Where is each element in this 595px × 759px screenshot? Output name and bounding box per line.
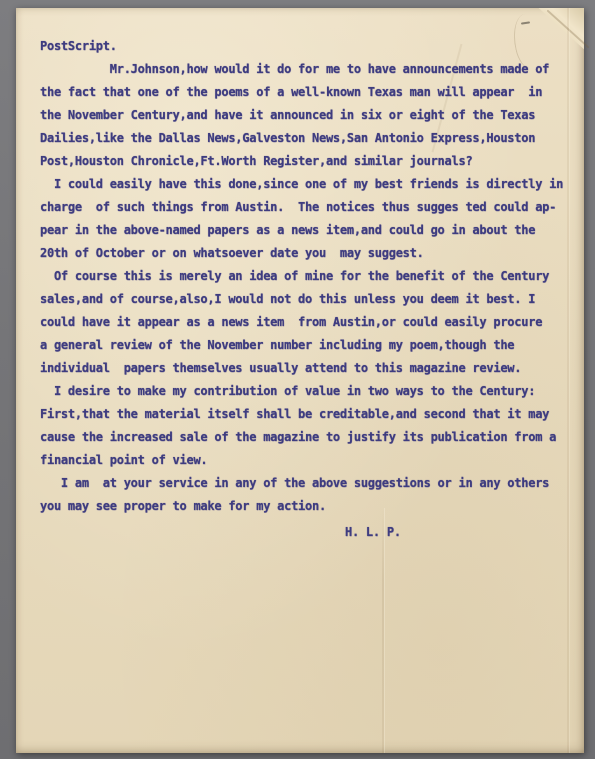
typed-line: cause the increased sale of the magazine… (40, 426, 580, 449)
letter-body: PostScript. Mr.Johnson,how would it do f… (40, 35, 580, 544)
typed-line: I could easily have this done,since one … (40, 173, 580, 196)
typed-line: charge of such things from Austin. The n… (40, 196, 580, 219)
typed-line: I desire to make my contribution of valu… (40, 380, 580, 403)
paper-crease (382, 508, 384, 753)
typed-line: Mr.Johnson,how would it do for me to hav… (40, 58, 580, 81)
postscript-heading: PostScript. (40, 35, 580, 58)
typed-line: First,that the material itself shall be … (40, 403, 580, 426)
typed-line: I am at your service in any of the above… (40, 472, 580, 495)
typed-line: you may see proper to make for my action… (40, 495, 580, 518)
letter-page: PostScript. Mr.Johnson,how would it do f… (16, 8, 584, 753)
typed-line: Dailies,like the Dallas News,Galveston N… (40, 127, 580, 150)
typed-line: could have it appear as a news item from… (40, 311, 580, 334)
typed-line: the fact that one of the poems of a well… (40, 81, 580, 104)
typed-line: Of course this is merely an idea of mine… (40, 265, 580, 288)
typed-line: sales,and of course,also,I would not do … (40, 288, 580, 311)
typed-line: financial point of view. (40, 449, 580, 472)
signature-initials: H. L. P. (40, 521, 580, 544)
typed-line: Post,Houston Chronicle,Ft.Worth Register… (40, 150, 580, 173)
scan-background: PostScript. Mr.Johnson,how would it do f… (0, 0, 595, 759)
typed-line: 20th of October or on whatsoever date yo… (40, 242, 580, 265)
typed-line: the November Century,and have it announc… (40, 104, 580, 127)
typed-line: a general review of the November number … (40, 334, 580, 357)
typed-line: individual papers themselves usually att… (40, 357, 580, 380)
typed-line: pear in the above-named papers as a news… (40, 219, 580, 242)
